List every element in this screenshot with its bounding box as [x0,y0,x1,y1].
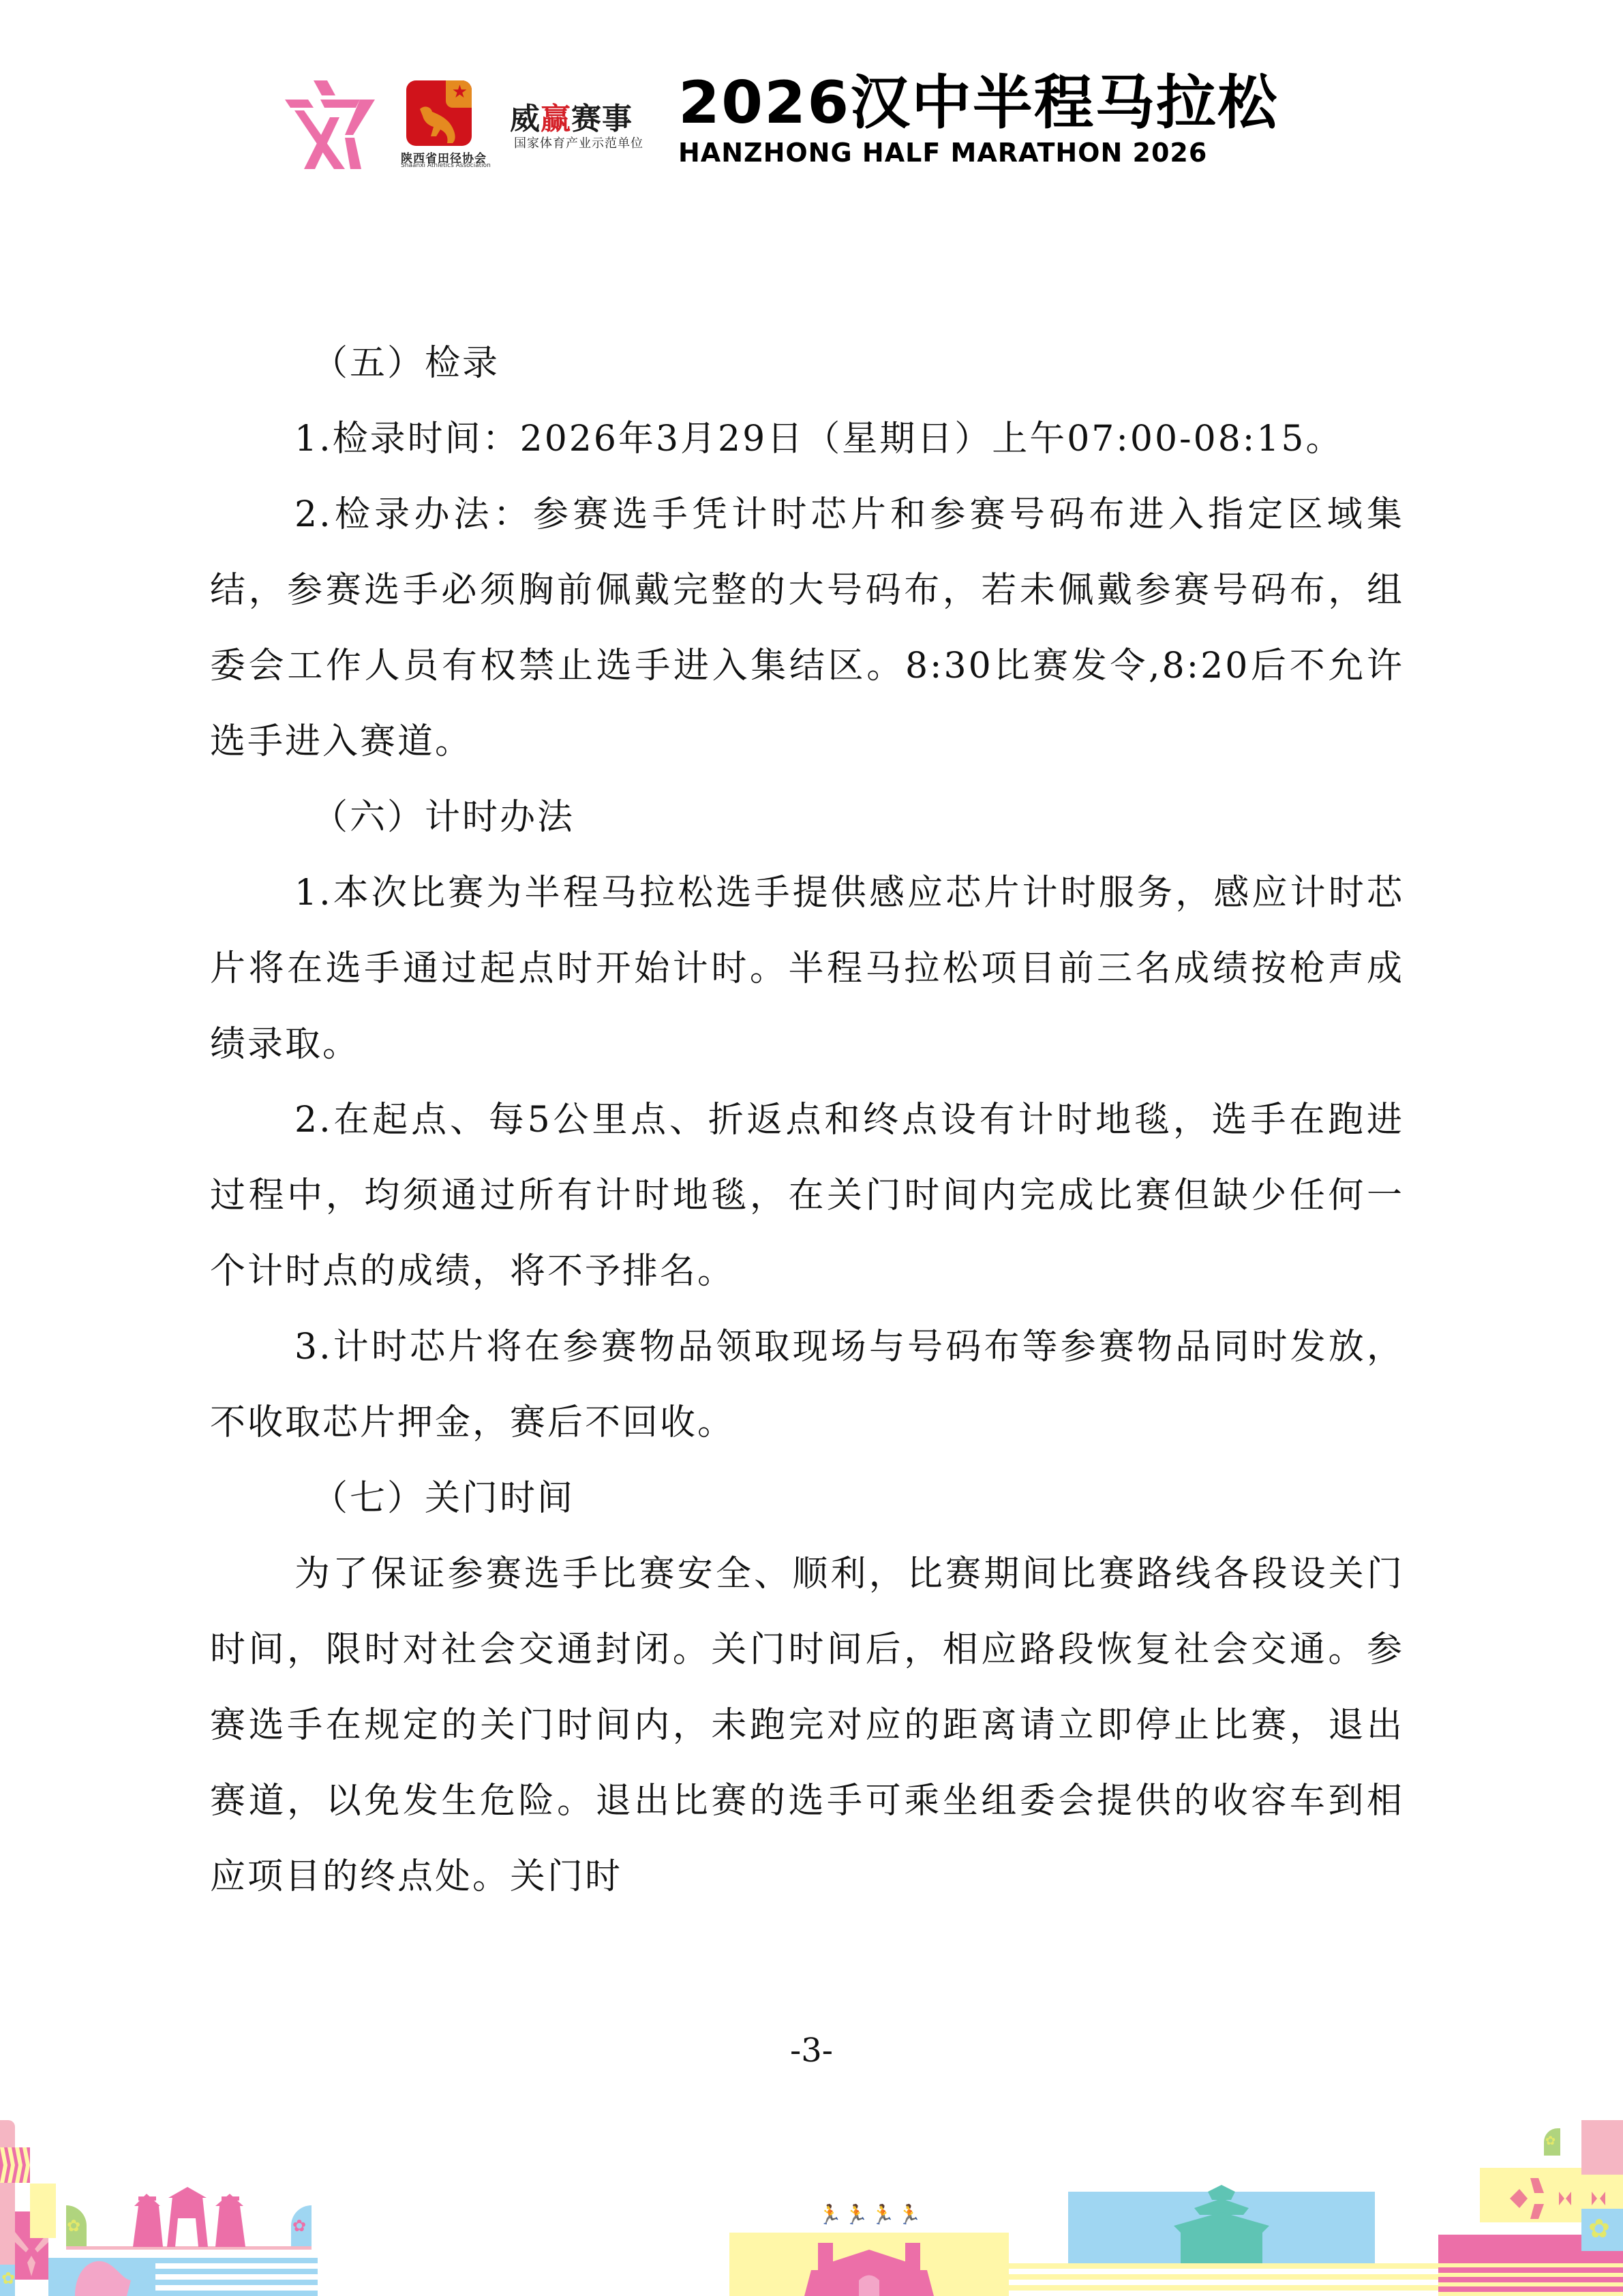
yellow-block [30,2184,56,2238]
page-number: -3- [0,2031,1623,2070]
light-pink-block [1581,2120,1623,2175]
section-heading: （七）关门时间 [210,1461,1404,1537]
pagoda-icon [1153,2185,1290,2263]
runner-icon [416,105,458,143]
yellow-stripes [1009,2263,1442,2296]
chevron-pattern-icon [0,2147,30,2183]
flower-icon: ✿ [67,2218,80,2234]
blue-stripes [155,2258,318,2296]
weiying-char-2: 赢 [541,102,571,136]
stadium-icon [74,2260,131,2296]
flower-icon: ✿ [292,2218,306,2234]
section-heading: （六）计时办法 [210,780,1404,856]
flower-icon: ✿ [1545,2135,1556,2147]
document-body: （五）检录 1.检录时间：2026年3月29日（星期日）上午07:00-08:1… [210,326,1404,1915]
flower-icon: ✿ [1588,2216,1610,2241]
paragraph: 2.在起点、每5公里点、折返点和终点设有计时地毯，选手在跑进过程中，均须通过所有… [210,1083,1404,1310]
section-heading: （五）检录 [210,326,1404,402]
weiying-logo: 威赢赛事 [510,94,633,138]
runners-icon: 🏃🏃🏃🏃 [818,2205,924,2224]
shaanxi-association-en: Shaanxi Athletics Association [401,162,491,169]
paragraph: 1.本次比赛为半程马拉松选手提供感应芯片计时服务，感应计时芯片将在选手通过起点时… [210,856,1404,1083]
flower-icon: ✿ [1,2270,15,2286]
weiying-char-3: 赛事 [571,102,633,136]
wen-logo-icon [279,80,375,169]
paragraph: 2.检录办法：参赛选手凭计时芯片和参赛号码布进入指定区域集结，参赛选手必须胸前佩… [210,477,1404,780]
city-gate-icon [133,2187,245,2247]
paragraph: 1.检录时间：2026年3月29日（星期日）上午07:00-08:15。 [210,402,1404,477]
footer-decoration: ✿ ✿ ✿ 🏃🏃🏃🏃 [0,2079,1623,2296]
star-icon: ★ [452,83,468,101]
event-title-cn: 2026汉中半程马拉松 [678,74,1279,132]
weiying-subtitle: 国家体育产业示范单位 [514,134,643,151]
page-header: ★ 陕西省田径协会 Shaanxi Athletics Association … [0,0,1623,205]
weiying-char-1: 威 [510,102,541,136]
paragraph: 3.计时芯片将在参赛物品领取现场与号码布等参赛物品同时发放，不收取芯片押金，赛后… [210,1310,1404,1461]
shaanxi-athletics-logo: ★ [406,80,472,146]
pink-stripes [1438,2263,1623,2296]
paragraph: 为了保证参赛选手比赛安全、顺利，比赛期间比赛路线各段设关门时间，限时对社会交通封… [210,1537,1404,1915]
event-title-en: HANZHONG HALF MARATHON 2026 [678,140,1207,166]
memorial-gate-icon [798,2243,941,2296]
